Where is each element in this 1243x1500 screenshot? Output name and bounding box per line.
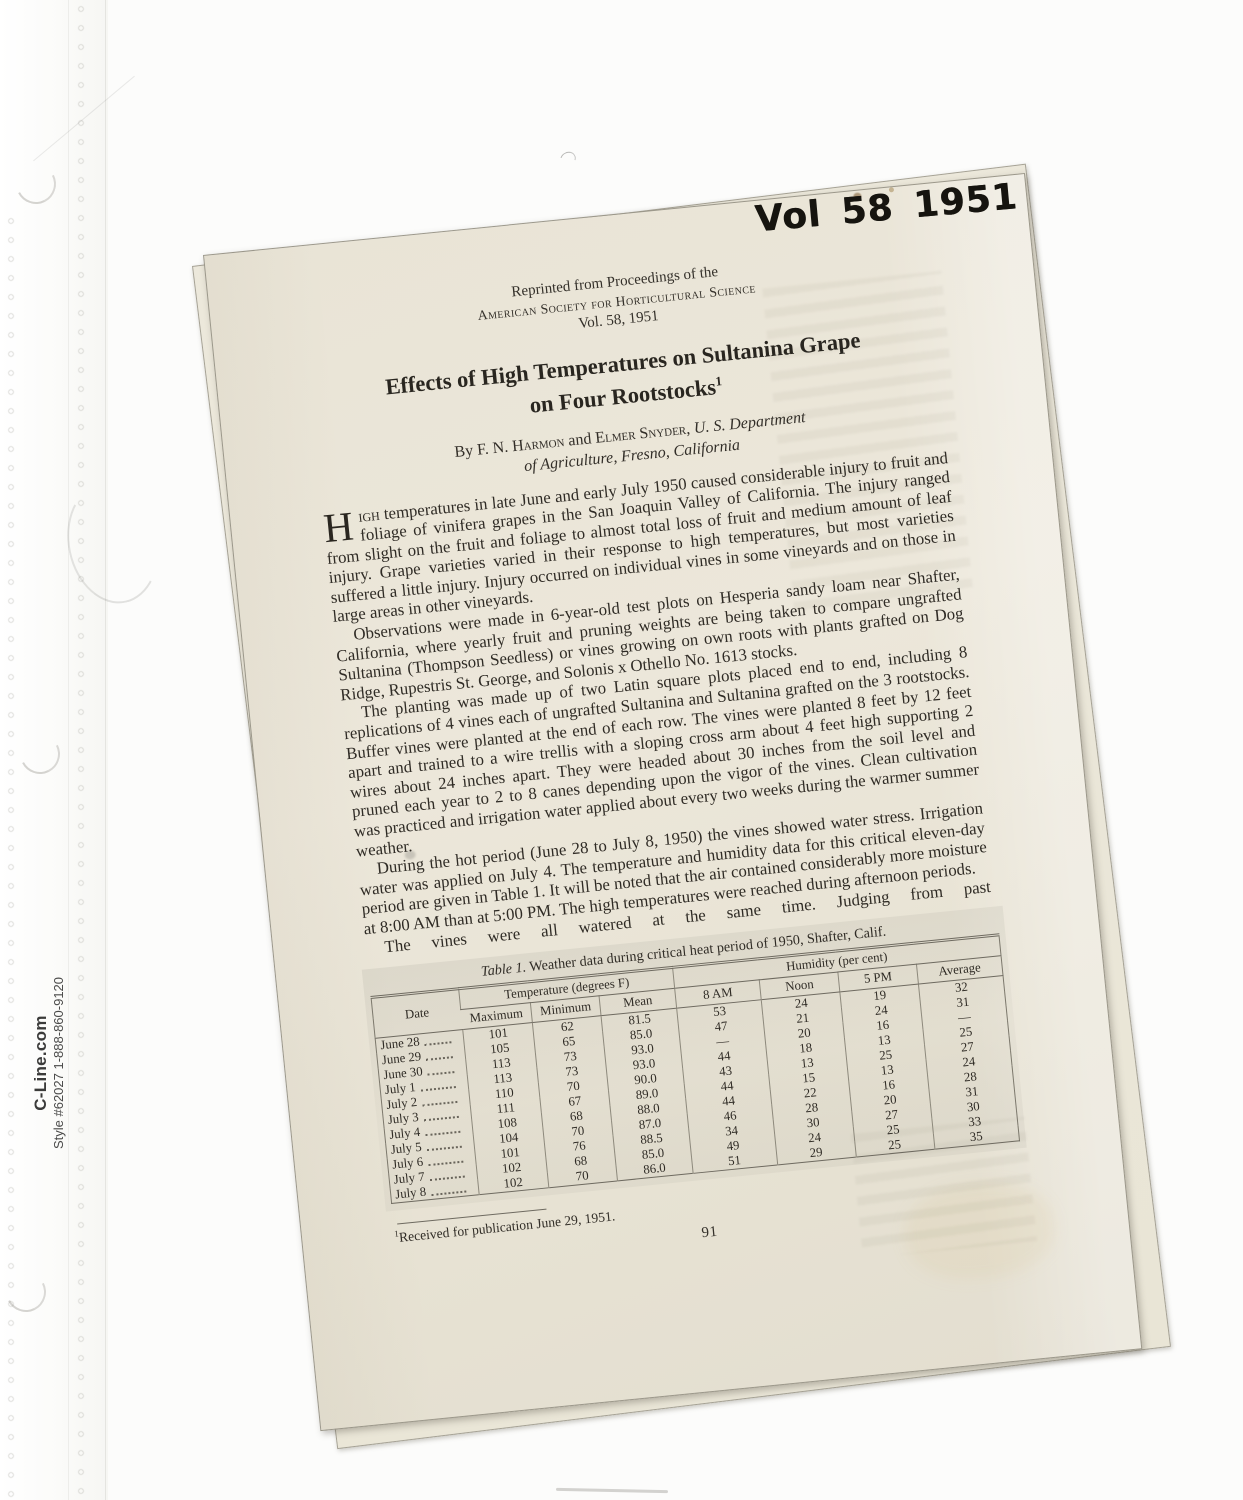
punch-hole-top bbox=[11, 159, 61, 209]
dot-leader bbox=[431, 1191, 466, 1197]
punch-hole-middle bbox=[15, 729, 65, 779]
table-1-section: Table 1. Weather data during critical he… bbox=[362, 906, 1027, 1212]
table-caption-label: Table 1. bbox=[480, 960, 527, 980]
title-footnote-marker: 1 bbox=[715, 373, 723, 389]
drop-cap: H bbox=[322, 506, 361, 543]
byline-prefix: By bbox=[454, 442, 474, 461]
page-content: Reprinted from Proceedings of the Americ… bbox=[204, 174, 1126, 1281]
dot-leader bbox=[428, 1071, 455, 1076]
cline-label: C-Line.com Style #62027 1-888-860-9120 bbox=[31, 913, 77, 1213]
cline-style-text: Style #62027 1-888-860-9120 bbox=[51, 913, 67, 1213]
pen-mark bbox=[558, 149, 579, 169]
protector-bottom-mark bbox=[556, 1488, 668, 1493]
stitch-marks-inner bbox=[74, 0, 88, 1500]
protector-crease-line bbox=[68, 0, 69, 1500]
cline-brand-text: C-Line.com bbox=[31, 913, 51, 1213]
dot-leader bbox=[425, 1041, 452, 1046]
paper-page: Vol 58 1951 Reprinted from Proceedings o… bbox=[203, 173, 1142, 1431]
scanner-background: { "binder": { "brand": "C-Line.com", "st… bbox=[0, 0, 1243, 1500]
protector-edge-line bbox=[105, 0, 106, 1500]
byline-conjunction: and bbox=[567, 430, 592, 449]
dot-leader bbox=[426, 1056, 453, 1061]
sheet-protector-strip: C-Line.com Style #62027 1-888-860-9120 bbox=[0, 0, 108, 1500]
paragraph-1-smallcaps: igh bbox=[357, 504, 380, 525]
